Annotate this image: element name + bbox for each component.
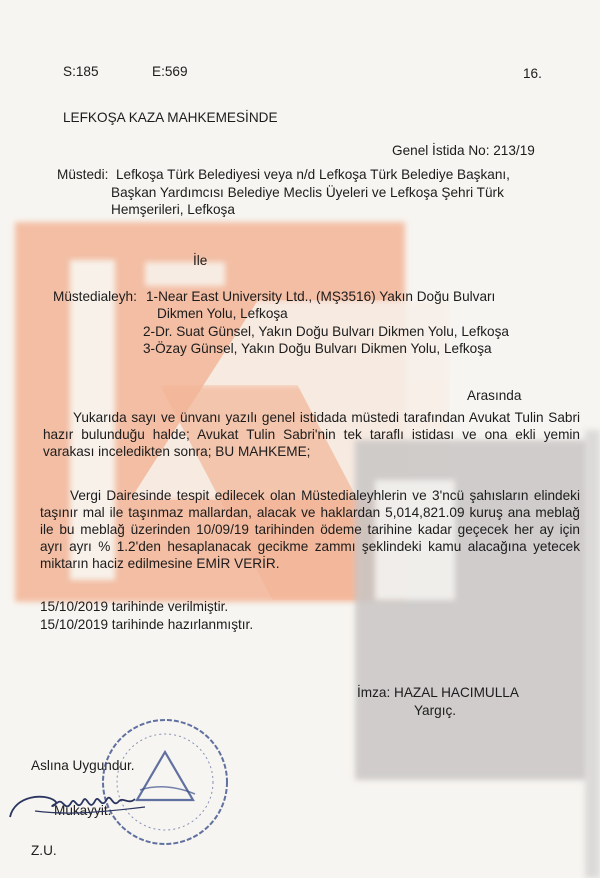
plaintiff-line: Lefkoşa Türk Belediyesi veya n/d Lefkoşa…: [116, 166, 510, 183]
page-edge-shadow: [585, 430, 600, 878]
defendant-line: Dikmen Yolu, Lefkoşa: [157, 305, 288, 322]
defendants-label: Müstedialeyh:: [53, 288, 137, 305]
initials: Z.U.: [31, 842, 57, 859]
page-number: 16.: [523, 65, 542, 82]
plaintiff-label: Müstedi:: [57, 166, 108, 183]
s-reference: S:185: [63, 63, 99, 80]
prepared-date: 15/10/2019 tarihinde hazırlanmıştır.: [40, 616, 253, 633]
defendant-line: 1-Near East University Ltd., (MŞ3516) Ya…: [146, 288, 495, 305]
between-text: Arasında: [467, 387, 521, 404]
issued-date: 15/10/2019 tarihinde verilmiştir.: [40, 598, 228, 615]
order-paragraph: Vergi Dairesinde tespit edilecek olan Mü…: [40, 487, 580, 572]
plaintiff-line: Başkan Yardımcısı Belediye Meclis Üyeler…: [111, 184, 504, 201]
body-paragraph: Yukarıda sayı ve ünvanı yazılı genel ist…: [43, 409, 580, 460]
signature-scribble-icon: [5, 785, 155, 825]
e-reference: E:569: [152, 63, 188, 80]
connector-text: İle: [193, 252, 207, 269]
watermark-k-inner: [145, 262, 225, 286]
defendant-line: 3-Özay Günsel, Yakın Doğu Bulvarı Dikmen…: [143, 340, 492, 357]
judge-title: Yargıç.: [414, 702, 456, 719]
case-number: Genel İstida No: 213/19: [392, 142, 535, 159]
court-stamp-icon: [95, 712, 235, 852]
court-name: LEFKOŞA KAZA MAHKEMESİNDE: [63, 109, 278, 126]
plaintiff-line: Hemşerileri, Lefkoşa: [111, 201, 235, 218]
defendant-line: 2-Dr. Suat Günsel, Yakın Doğu Bulvarı Di…: [143, 323, 509, 340]
judge-signature: İmza: HAZAL HACIMULLA: [357, 684, 519, 701]
